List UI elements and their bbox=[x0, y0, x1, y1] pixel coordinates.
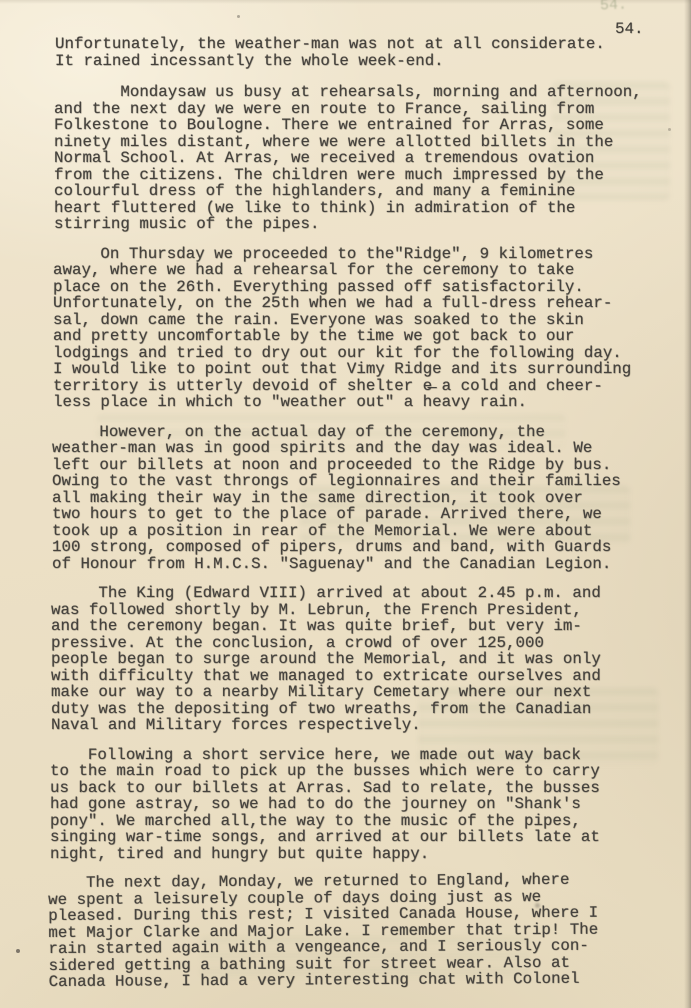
typed-paragraph: The King (Edward VIII) arrived at about … bbox=[51, 585, 668, 734]
ghost-page-number: 54. bbox=[600, 0, 628, 14]
typed-paragraph: The next day, Monday, we returned to Eng… bbox=[48, 871, 669, 990]
typed-text-block: Unfortunately, the weather-man was not a… bbox=[54, 36, 668, 1004]
typed-paragraph: Following a short service here, we made … bbox=[50, 747, 668, 863]
typed-paragraph: However, on the actual day of the ceremo… bbox=[52, 424, 668, 573]
page-top-edge-shadow bbox=[0, 0, 691, 4]
ink-speck bbox=[668, 128, 671, 131]
typed-paragraph: Unfortunately, the weather-man was not a… bbox=[55, 36, 668, 69]
typed-paragraph: On Thursday we proceeded to the"Ridge", … bbox=[53, 246, 668, 411]
scanned-document-page: 54. 54. Unfortunately, the weather-man w… bbox=[0, 0, 691, 1008]
ink-speck bbox=[237, 15, 240, 18]
typed-paragraph: Mondaysaw us busy at rehearsals, morning… bbox=[54, 84, 668, 233]
page-right-edge-shadow bbox=[684, 0, 691, 1008]
ink-speck bbox=[16, 949, 20, 953]
ink-speck bbox=[535, 903, 540, 908]
